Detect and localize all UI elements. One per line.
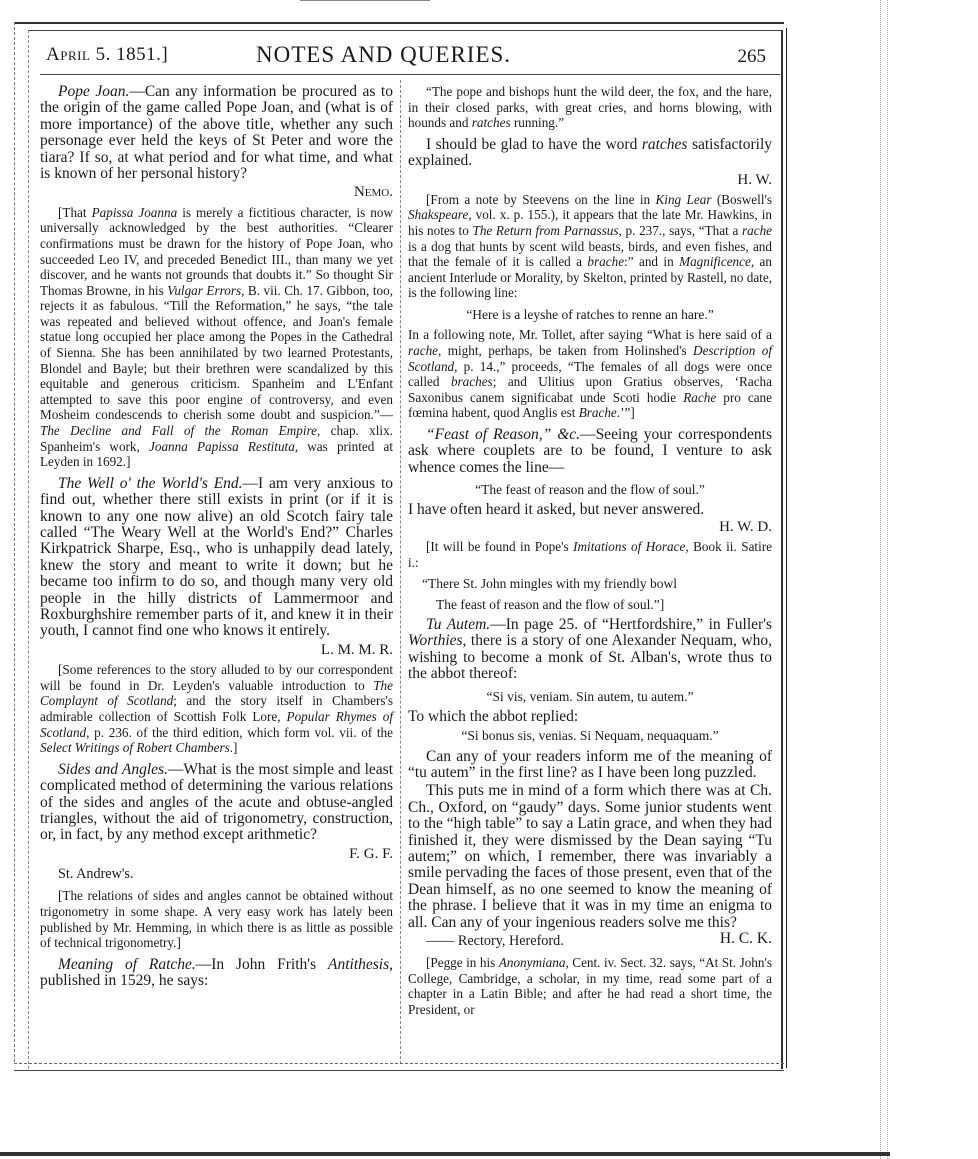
entry-body: —In John Frith's bbox=[196, 956, 328, 973]
entry-body: —I am very anxious to find out, whether … bbox=[40, 475, 393, 640]
reply-italic: The Decline and Fall of the Roman Empire bbox=[40, 423, 317, 438]
reply-text: In a following note, Mr. Tollet, after s… bbox=[408, 327, 772, 342]
editor-reply-ratche: [From a note by Steevens on the line in … bbox=[408, 192, 772, 301]
editor-reply-worlds-end: [Some references to the story alluded to… bbox=[40, 662, 393, 756]
entry-heading: Tu Autem. bbox=[426, 616, 490, 633]
reply-text: [It will be found in Pope's bbox=[426, 539, 573, 554]
entry-body: , there is a story of one Alexander Nequ… bbox=[408, 632, 772, 682]
verse-line: “The feast of reason and the flow of sou… bbox=[408, 482, 772, 498]
reply-text: , p. 237., says, “That a bbox=[619, 223, 742, 238]
verse-line: “Si vis, veniam. Sin autem, tu autem.” bbox=[408, 689, 772, 705]
entry-heading: The Well o' the World's End. bbox=[58, 475, 243, 492]
reply-italic: Select Writings of Robert Chambers bbox=[40, 740, 230, 755]
reply-text: .] bbox=[230, 740, 238, 755]
signature: Nemo. bbox=[40, 184, 393, 200]
editor-reply-pope-joan: [That Papissa Joanna is merely a fictiti… bbox=[40, 205, 393, 470]
entry-tu-autem: Tu Autem.—In page 25. of “Hertfordshire,… bbox=[408, 617, 772, 683]
reply-text: .’”] bbox=[617, 405, 635, 420]
signature: H. C. K. bbox=[702, 931, 772, 947]
entry-body: I should be glad to have the word bbox=[426, 136, 642, 153]
entry-body: To which the abbot replied: bbox=[408, 709, 772, 725]
signature: H. W. D. bbox=[408, 519, 772, 535]
reply-italic: King Lear bbox=[656, 192, 712, 207]
place-line: St. Andrew's. bbox=[40, 866, 393, 882]
entry-heading: “Feast of Reason,” &c. bbox=[426, 426, 580, 443]
frame-right-rule bbox=[786, 28, 787, 1068]
left-column: Pope Joan.—Can any information be procur… bbox=[40, 84, 393, 996]
quote-text: “The pope and bishops hunt the wild deer… bbox=[408, 84, 772, 130]
entry-body: This puts me in mind of a form which the… bbox=[408, 783, 772, 931]
reply-italic: Imitations of Horace bbox=[573, 539, 685, 554]
column-divider bbox=[400, 80, 401, 1064]
reply-text: (Boswell's bbox=[711, 192, 772, 207]
reply-text: [That bbox=[58, 205, 92, 220]
entry-body: I have often heard it asked, but never a… bbox=[408, 502, 772, 518]
page-bottom-edge bbox=[0, 1152, 890, 1156]
reply-text: [From a note by Steevens on the line in bbox=[426, 192, 656, 207]
ratche-quote: “The pope and bishops hunt the wild deer… bbox=[408, 84, 772, 131]
quote-italic: ratches bbox=[472, 115, 511, 130]
entry-heading: Pope Joan. bbox=[58, 83, 129, 100]
reply-text: , B. vii. Ch. 17. Gibbon, too, rejects i… bbox=[40, 283, 393, 423]
header-title: NOTES AND QUERIES. bbox=[256, 42, 511, 68]
tollet-note: In a following note, Mr. Tollet, after s… bbox=[408, 327, 772, 421]
header-rule bbox=[40, 74, 780, 75]
right-column: “The pope and bishops hunt the wild deer… bbox=[408, 84, 772, 1024]
entry-italic: ratches bbox=[642, 136, 688, 153]
scan-page-edge bbox=[880, 0, 888, 1159]
verse-line: “Here is a leyshe of ratches to renne an… bbox=[408, 307, 772, 323]
reply-italic: Shakspeare bbox=[408, 207, 468, 222]
verse-line: “Si bonus sis, venias. Si Nequam, nequaq… bbox=[408, 728, 772, 744]
reply-italic: Magnificence bbox=[679, 254, 751, 269]
entry-heading: Meaning of Ratche. bbox=[58, 956, 196, 973]
entry-body: —In page 25. of “Hertfordshire,” in Full… bbox=[490, 616, 772, 633]
reply-text: [Pegge in his bbox=[426, 955, 499, 970]
ratche-query: I should be glad to have the word ratche… bbox=[408, 137, 772, 170]
entry-italic: Antithesis bbox=[328, 956, 389, 973]
reply-italic: brache bbox=[587, 254, 624, 269]
reply-italic: Brache bbox=[579, 405, 617, 420]
editor-reply-sides-angles: [The relations of sides and angles canno… bbox=[40, 888, 393, 950]
signature: F. G. F. bbox=[40, 846, 393, 862]
running-header: April 5. 1851.] NOTES AND QUERIES. 265 bbox=[46, 44, 766, 74]
reply-italic: Anonymiana bbox=[499, 955, 566, 970]
reply-text: :” and in bbox=[624, 254, 679, 269]
reply-italic: Vulgar Errors bbox=[167, 283, 241, 298]
entry-body: Can any of your readers inform me of the… bbox=[408, 749, 772, 782]
bottom-rule bbox=[14, 1070, 784, 1071]
editor-reply-feast: [It will be found in Pope's Imitations o… bbox=[408, 539, 772, 570]
entry-worlds-end: The Well o' the World's End.—I am very a… bbox=[40, 476, 393, 640]
entry-heading: Sides and Angles. bbox=[58, 761, 168, 778]
reply-italic: rache bbox=[408, 343, 438, 358]
editor-reply-pegge: [Pegge in his Anonymiana, Cent. iv. Sect… bbox=[408, 955, 772, 1017]
reply-text: , p. 236. of the third edition, which fo… bbox=[86, 725, 393, 740]
reply-italic: Papissa Joanna bbox=[92, 205, 178, 220]
verse-line: The feast of reason and the flow of soul… bbox=[408, 597, 772, 613]
reply-italic: Rache bbox=[683, 390, 716, 405]
entry-pope-joan: Pope Joan.—Can any information be procur… bbox=[40, 84, 393, 182]
signature: H. W. bbox=[408, 172, 772, 188]
signature: L. M. M. R. bbox=[40, 642, 393, 658]
verse-line: “There St. John mingles with my friendly… bbox=[408, 576, 772, 592]
reply-text: , might, perhaps, be taken from Holinshe… bbox=[438, 343, 693, 358]
reply-italic: braches bbox=[451, 374, 493, 389]
entry-feast-of-reason: “Feast of Reason,” &c.—Seeing your corre… bbox=[408, 427, 772, 476]
reply-text: [Some references to the story alluded to… bbox=[40, 662, 393, 693]
scan-artifact-rule bbox=[300, 0, 430, 1]
reply-italic: Joanna Papissa Restituta bbox=[149, 439, 295, 454]
page-number: 265 bbox=[738, 46, 767, 68]
entry-sides-angles: Sides and Angles.—What is the most simpl… bbox=[40, 762, 393, 844]
entry-ratche: Meaning of Ratche.—In John Frith's Antit… bbox=[40, 957, 393, 990]
quote-text: running.” bbox=[511, 115, 564, 130]
bottom-rule bbox=[14, 1063, 784, 1064]
reply-italic: rache bbox=[742, 223, 772, 238]
entry-body-text: This puts me in mind of a form which the… bbox=[408, 782, 772, 930]
entry-italic: Worthies bbox=[408, 632, 463, 649]
reply-italic: The Return from Parnassus bbox=[472, 223, 618, 238]
header-date: April 5. 1851.] bbox=[46, 44, 168, 66]
